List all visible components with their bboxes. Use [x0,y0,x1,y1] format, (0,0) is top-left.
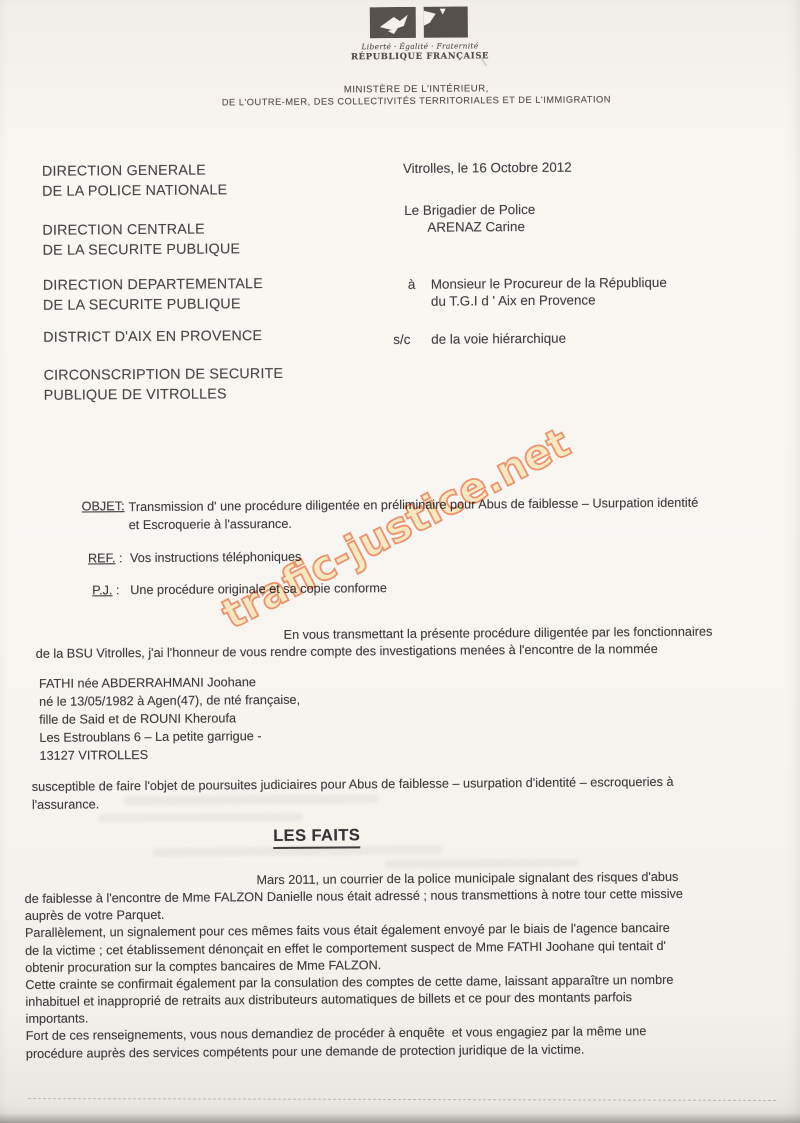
ref-label: REF. [88,551,116,565]
pj-row: P.J. : [92,583,119,597]
pj-label: P.J. [92,583,112,597]
text-line: 13127 VITROLLES [39,745,300,765]
ref-text: Vos instructions téléphoniques [130,550,302,565]
text-line: DE LA SECURITE PUBLIQUE [43,295,263,316]
bleed-through-artifact [98,813,303,823]
text-line: CIRCONSCRIPTION DE SECURITE [43,365,283,386]
sender-circonscription: CIRCONSCRIPTION DE SECURITEPUBLIQUE DE V… [43,365,283,406]
bleed-through-artifact [384,859,579,869]
marianne-flag-icon [370,6,470,41]
recipient-prefix: à [408,277,416,292]
scanned-letter-page: Liberté · Égalité · Fraternité RÉPUBLIQU… [0,0,800,1123]
via-prefix: s/c [393,332,410,347]
text-line: PUBLIQUE DE VITROLLES [44,384,284,405]
place-and-date: Vitrolles, le 16 Octobre 2012 [403,160,572,176]
sender-district: DISTRICT D'AIX EN PROVENCE [43,327,262,348]
text-line: DE LA SECURITE PUBLIQUE [42,240,240,261]
objet-text: Transmission d' une procédure diligentée… [129,495,699,534]
sender-direction-departementale: DIRECTION DEPARTEMENTALEDE LA SECURITE P… [43,275,263,316]
recipient-line-1: Monsieur le Procureur de la République [431,275,667,292]
text-line: FATHI née ABDERRAHMANI Joohane [39,673,300,693]
text-line: né le 13/05/1982 à Agen(47), de nté fran… [39,691,300,711]
text-line: DIRECTION DEPARTEMENTALE [43,275,263,296]
text-line: DISTRICT D'AIX EN PROVENCE [43,327,262,348]
text-line: et Escroquerie à l'assurance. [129,512,699,534]
recipient-line-2: du T.G.I d ' Aix en Provence [431,292,596,308]
text-line: DE LA POLICE NATIONALE [42,181,227,202]
sender-direction-generale: DIRECTION GENERALEDE LA POLICE NATIONALE [42,161,228,201]
ref-separator: : [115,551,122,565]
author-rank: Le Brigadier de Police [404,202,535,218]
faits-paragraph: Mars 2011, un courrier de la police muni… [24,869,684,1063]
liberte-egalite-fraternite-motto: Liberté · Égalité · Fraternité [350,41,490,51]
republique-francaise-label: RÉPUBLIQUE FRANÇAISE [350,51,490,62]
via-text: de la voie hiérarchique [431,331,566,347]
author-name: ARENAZ Carine [427,219,525,235]
bleed-through-artifact [152,846,442,857]
sender-direction-centrale: DIRECTION CENTRALEDE LA SECURITE PUBLIQU… [42,220,240,261]
suspect-identity-block: FATHI née ABDERRAHMANI Joohanené le 13/0… [39,673,301,765]
text-line: fille de Said et de ROUNI Kheroufa [39,709,300,729]
objet-label: OBJET: [82,499,125,513]
document-content: Liberté · Égalité · Fraternité RÉPUBLIQU… [0,0,800,1123]
pj-separator: : [112,583,119,597]
text-line: Les Estroublans 6 – La petite garrigue - [39,727,300,747]
pj-text: Une procédure originale et sa copie conf… [130,581,387,597]
intro-paragraph: En vous transmettant la présente procédu… [36,624,713,664]
text-line: DIRECTION CENTRALE [42,220,240,241]
text-line: DIRECTION GENERALE [42,161,227,182]
scan-bottom-edge [0,1114,800,1123]
ref-row: REF. : [88,551,123,565]
